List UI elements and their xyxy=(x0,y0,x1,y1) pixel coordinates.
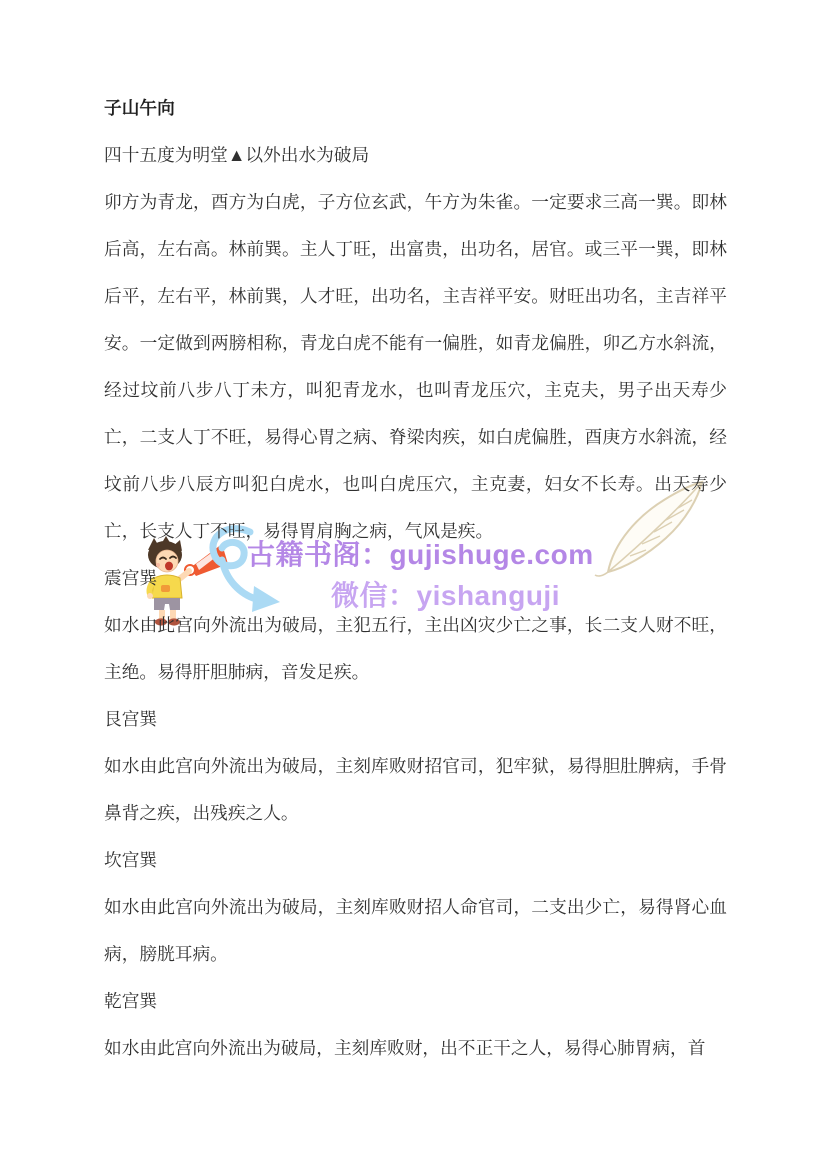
body-paragraph: 如水由此宫向外流出为破局，主刻库败财招人命官司，二支出少亡，易得肾心血病，膀胱耳… xyxy=(104,884,727,978)
section-heading-gen: 艮宫巽 xyxy=(104,696,727,743)
body-paragraph: 如水由此宫向外流出为破局，主刻库败财，出不正干之人，易得心肺胃病，首 xyxy=(104,1025,727,1072)
page-title: 子山午向 xyxy=(104,85,727,132)
section-heading-kan: 坎宫巽 xyxy=(104,837,727,884)
body-paragraph: 卯方为青龙，酉方为白虎，子方位玄武，午方为朱雀。一定要求三高一巽。即林后高，左右… xyxy=(104,179,727,555)
document-page: 古籍书阁：gujishuge.com 微信：yishanguji 子山午向 四十… xyxy=(0,0,832,1151)
document-text: 子山午向 四十五度为明堂▲以外出水为破局 卯方为青龙，酉方为白虎，子方位玄武，午… xyxy=(104,85,727,1072)
body-paragraph: 如水由此宫向外流出为破局，主犯五行，主出凶灾少亡之事，长二支人财不旺，主绝。易得… xyxy=(104,602,727,696)
section-heading-qian: 乾宫巽 xyxy=(104,978,727,1025)
section-heading-zhen: 震宫巽 xyxy=(104,555,727,602)
body-paragraph: 如水由此宫向外流出为破局，主刻库败财招官司，犯牢狱，易得胆肚脾病，手骨鼻背之疾，… xyxy=(104,743,727,837)
subtitle-line: 四十五度为明堂▲以外出水为破局 xyxy=(104,132,727,179)
